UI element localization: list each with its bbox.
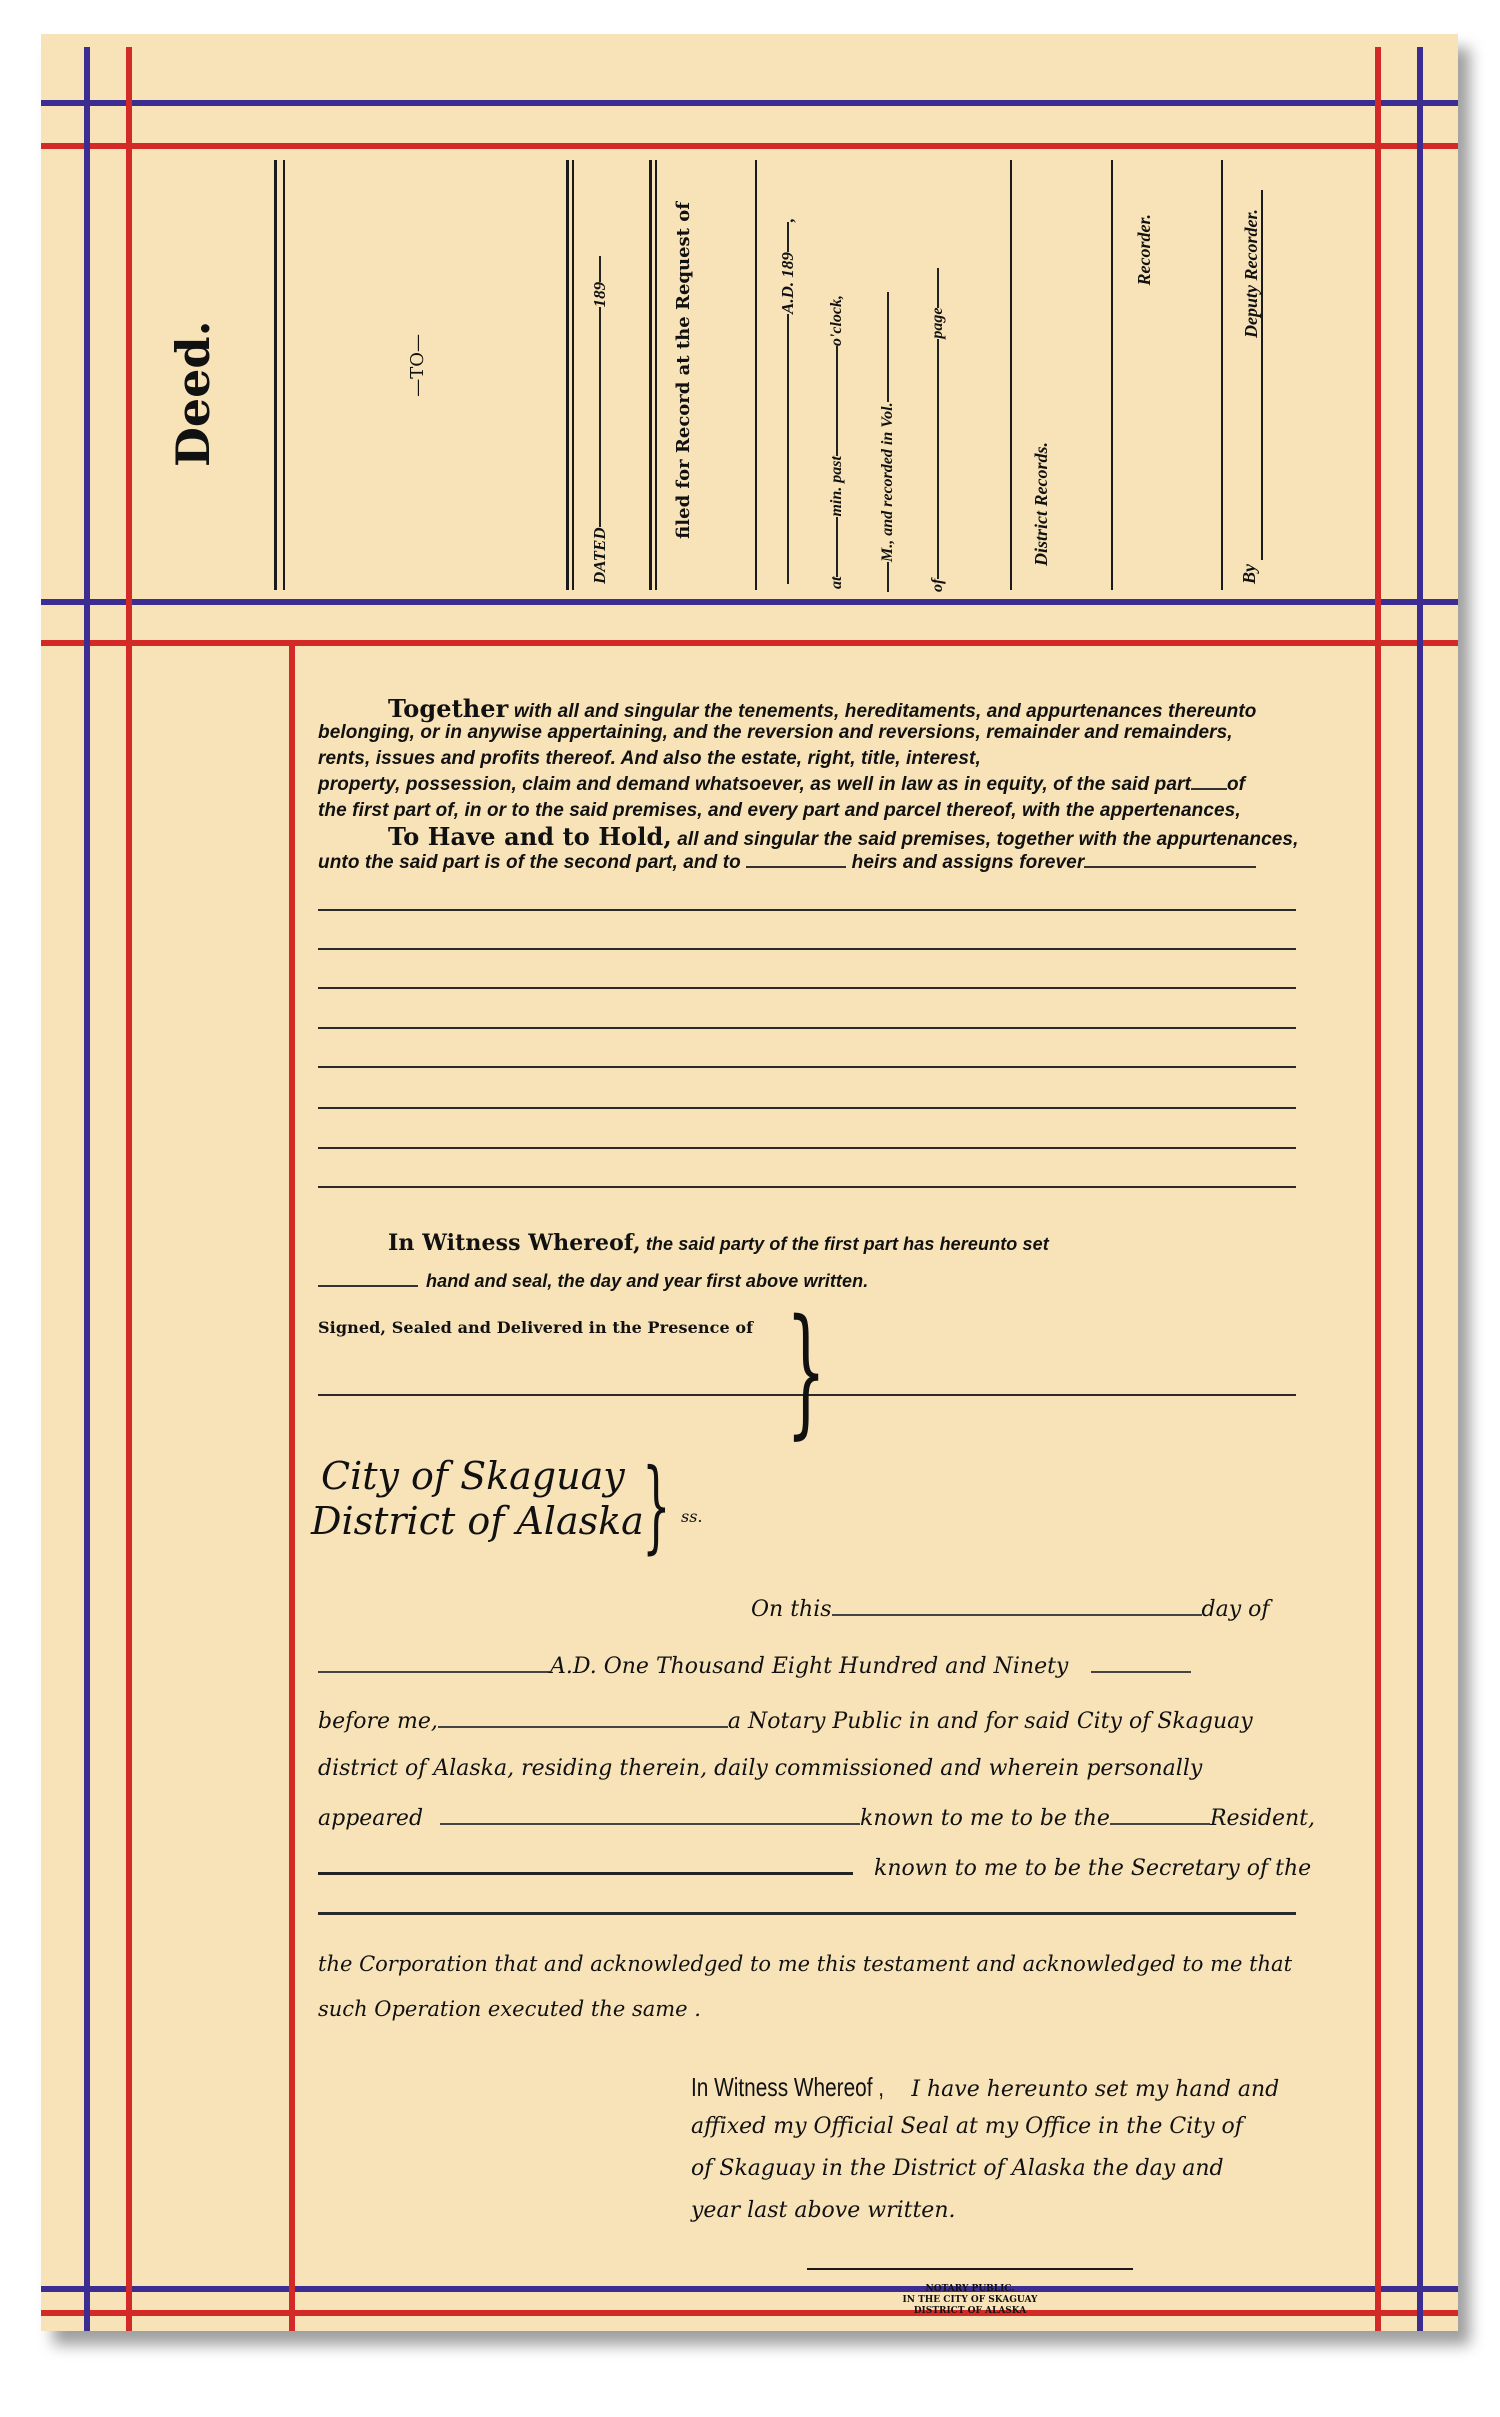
margin-red-rule [289,640,295,2331]
divider-double-2b [572,160,574,590]
ad-date-blank[interactable] [787,314,789,584]
together-lead: Together [388,694,508,723]
secretary-name-blank[interactable] [318,1872,853,1875]
vol-blank[interactable] [887,292,889,402]
day-of-label: day of [1202,1597,1270,1622]
venue-ss: ss. [681,1507,703,1526]
oclock-label: o'clock, [828,295,845,346]
divider-double-3a [649,160,652,590]
known-resident-label: known to me to be the [860,1806,1110,1831]
hand-seal-blank[interactable] [318,1285,418,1287]
together-line: Together with all and singular the tenem… [318,694,1320,723]
have-hold-lead: To Have and to Hold, [388,822,672,851]
district-records-label: District Records. [1031,442,1052,566]
divider-4 [755,160,757,590]
writing-line-4[interactable] [318,1027,1296,1029]
writing-line-6[interactable] [318,1107,1296,1109]
dated-year: 189 [590,282,609,308]
on-this-blank[interactable] [832,1614,1202,1616]
by-label: By [1239,564,1259,584]
header-blue-rule [41,599,1458,605]
divider-double-3b [655,160,657,590]
habendum-line-2: belonging, or in anywise appertaining, a… [318,722,1296,744]
notary-line-text: a Notary Public in and for said City of … [728,1709,1253,1734]
top-blue-rule [41,100,1458,106]
writing-line-1[interactable] [318,909,1296,911]
appeared-label: appeared [318,1806,423,1831]
line4-of: of [1227,774,1245,795]
habendum-line-7: unto the said part is of the second part… [318,852,1296,874]
divider-double-1b [283,160,285,590]
deed-paper: Deed. —TO— DATED189 filed for Record at … [41,34,1458,2331]
notary-district-label: DISTRICT OF ALASKA [807,2306,1133,2317]
ninety-blank[interactable] [1091,1671,1191,1673]
notary-witness-row-2: affixed my Official Seal at my Office in… [691,2114,1243,2139]
ad-row: A.D. One Thousand Eight Hundred and Nine… [318,1654,1191,1679]
known-secretary-label: known to me to be the Secretary of the [874,1856,1311,1881]
line7-text: unto the said part is of the second part… [318,852,741,873]
notary-signature-line[interactable] [807,2268,1133,2270]
witness-line-2: hand and seal, the day and year first ab… [318,1271,1296,1292]
divider-double-1a [274,160,277,590]
notary-witness-row-1: In Witness Whereof , I have hereunto set… [691,2072,1279,2103]
have-hold-line: To Have and to Hold, all and singular th… [318,822,1366,851]
divider-5 [1010,160,1012,590]
witness-text-1: the said party of the first part has her… [646,1234,1049,1254]
heirs-blank[interactable] [746,866,846,868]
dated-blank[interactable] [599,307,601,527]
ad-comma: , [778,218,797,222]
secretary-row: known to me to be the Secretary of the [318,1856,1311,1881]
page-field: ofpage [929,192,947,592]
witness-brace-icon: } [786,1302,826,1442]
divider-6 [1111,160,1113,590]
line7-heirs: heirs and assigns forever [852,852,1085,873]
witness-line-1: In Witness Whereof, the said party of th… [318,1230,1366,1256]
habendum-line-1: with all and singular the tenements, her… [514,701,1257,722]
ad-label: A.D. 189 [778,252,797,314]
notary-witness-row-3: of Skaguay in the District of Alaska the… [691,2156,1224,2181]
dated-year-blank[interactable] [599,256,601,282]
m-recorded-label: M., and recorded in Vol. [879,402,896,562]
at-blank[interactable] [836,517,838,577]
corporation-row: the Corporation that and acknowledged to… [318,1952,1292,1976]
notary-witness-lead: In Witness Whereof , [691,2072,884,2103]
deed-title: Deed. [166,274,220,514]
left-red-rule [126,47,132,2331]
divider-7 [1221,160,1223,590]
habendum-line-5: the first part of, in or to the said pre… [318,800,1296,822]
writing-line-2[interactable] [318,948,1296,950]
before-me-row: before me,a Notary Public in and for sai… [318,1709,1253,1734]
habendum-line-4: property, possession, claim and demand w… [318,774,1296,796]
volume-field: M., and recorded in Vol. [879,192,897,592]
corporation-name-line[interactable] [318,1912,1296,1915]
notary-witness-text-1: I have hereunto set my hand and [911,2077,1279,2102]
district-row: district of Alaska, residing therein, da… [318,1756,1202,1781]
writing-line-3[interactable] [318,987,1296,989]
witness-text-2: hand and seal, the day and year first ab… [426,1271,868,1291]
writing-line-8[interactable] [318,1186,1296,1188]
on-this-label: On this [751,1597,832,1622]
page-label: page [929,308,946,339]
min-blank[interactable] [836,346,838,456]
deputy-recorder-label: Deputy Recorder. [1241,209,1262,338]
before-me-label: before me, [318,1709,438,1734]
appeared-row: appeared known to me to be theResident, [318,1806,1315,1831]
resident-title-blank[interactable] [1110,1823,1210,1825]
time-field: atmin. pasto'clock, [828,179,846,589]
filed-for-record-label: filed for Record at the Request of [673,202,694,539]
ad-field: A.D. 189, [778,184,798,584]
min-past-label: min. past [828,456,845,516]
recorder-label: Recorder. [1134,214,1155,286]
venue-city: City of Skaguay [321,1454,625,1498]
right-blue-rule [1417,47,1423,2331]
witness-lead: In Witness Whereof, [388,1230,641,1256]
bottom-red-rule [41,2310,1458,2316]
ad-line-text: A.D. One Thousand Eight Hundred and Nine… [550,1654,1068,1679]
to-label: —TO— [407,334,428,397]
notary-witness-row-4: year last above written. [691,2198,955,2223]
writing-line-7[interactable] [318,1147,1296,1149]
of-label: of [929,579,946,592]
top-red-rule [41,143,1458,149]
header-red-rule [41,640,1458,646]
dated-label: DATED [590,527,609,584]
divider-double-2a [566,160,569,590]
forever-blank[interactable] [1084,866,1256,868]
writing-line-5[interactable] [318,1066,1296,1068]
page-blank[interactable] [937,268,939,308]
venue-district: District of Alaska [311,1499,644,1543]
right-red-rule [1375,47,1381,2331]
notary-public-label: NOTARY PUBLIC. [807,2284,1133,2295]
part-blank[interactable] [1191,788,1227,790]
bottom-blue-rule [41,2286,1458,2292]
notary-city-label: IN THE CITY OF SKAGUAY [807,2295,1133,2306]
dated-field: DATED189 [590,194,610,584]
ad-day-blank[interactable] [318,1671,550,1673]
habendum-line-6: all and singular the said premises, toge… [677,829,1298,850]
notary-name-blank[interactable] [438,1726,728,1728]
on-this-row: On thisday of [751,1597,1270,1622]
ad-year-blank[interactable] [787,222,789,252]
of-blank[interactable] [937,339,939,579]
executed-row: such Operation executed the same . [318,1997,701,2021]
appeared-name-blank[interactable] [440,1823,860,1825]
m-blank[interactable] [887,562,889,592]
habendum-line-3: rents, issues and profits thereof. And a… [318,748,1296,770]
at-label: at [828,577,845,589]
left-blue-rule [84,47,90,2331]
venue-brace-icon: } [642,1456,671,1556]
resident-label: Resident, [1210,1806,1315,1831]
notary-sig-caption: NOTARY PUBLIC. IN THE CITY OF SKAGUAY DI… [807,2284,1133,2317]
line4-text: property, possession, claim and demand w… [318,774,1191,795]
